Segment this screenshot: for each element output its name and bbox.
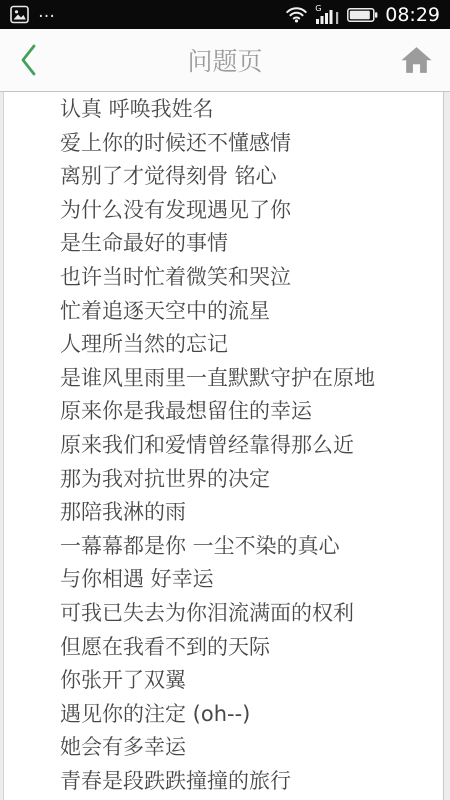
gallery-icon: [10, 5, 29, 24]
wifi-icon: [285, 6, 308, 23]
page-title: 问题页: [0, 42, 450, 78]
lyric-line: 你张开了双翼: [60, 664, 433, 698]
lyric-line: 是生命最好的事情: [60, 227, 433, 261]
lyric-line: 那陪我淋的雨: [60, 496, 433, 530]
lyric-line: 她会有多幸运: [60, 731, 433, 765]
lyric-line: 可我已失去为你泪流满面的权利: [60, 597, 433, 631]
lyric-line: 忙着追逐天空中的流星: [60, 295, 433, 329]
signal-bars-icon: G: [315, 6, 340, 24]
lyric-line: 离别了才觉得刻骨 铭心: [60, 160, 433, 194]
lyric-line: 也许当时忙着微笑和哭泣: [60, 261, 433, 295]
phone-screen: … G: [0, 0, 450, 800]
status-bar-left: …: [10, 5, 56, 24]
nav-bar: 问题页: [0, 29, 450, 92]
lyric-line: 青春是段跌跌撞撞的旅行: [60, 765, 433, 799]
ellipsis-icon: …: [38, 7, 56, 17]
lyric-line: 遇见你的注定 (oh--): [60, 698, 433, 732]
home-button[interactable]: [396, 42, 437, 78]
network-type-label: G: [315, 5, 321, 13]
status-bar: … G: [0, 0, 450, 29]
lyric-line: 那为我对抗世界的决定: [60, 463, 433, 497]
status-bar-right: G 08:29: [285, 4, 440, 26]
lyric-line: 与你相遇 好幸运: [60, 563, 433, 597]
lyric-line: 人理所当然的忘记: [60, 328, 433, 362]
clock-time: 08:29: [385, 4, 440, 26]
lyric-line: 一幕幕都是你 一尘不染的真心: [60, 530, 433, 564]
home-icon: [400, 46, 433, 74]
lyric-line: 但愿在我看不到的天际: [60, 631, 433, 665]
lyric-line: 为什么没有发现遇见了你: [60, 194, 433, 228]
chevron-left-icon: [17, 42, 41, 78]
back-button[interactable]: [13, 38, 45, 82]
lyric-line: 原来你是我最想留住的幸运: [60, 395, 433, 429]
lyric-line: 是谁风里雨里一直默默守护在原地: [60, 362, 433, 396]
lyric-line: 原来我们和爱情曾经靠得那么近: [60, 429, 433, 463]
content-area: 认真 呼唤我姓名 爱上你的时候还不懂感情 离别了才觉得刻骨 铭心 为什么没有发现…: [0, 92, 450, 800]
lyric-line: 爱上你的时候还不懂感情: [60, 127, 433, 161]
battery-icon: [347, 7, 378, 23]
lyrics-scroll-region[interactable]: 认真 呼唤我姓名 爱上你的时候还不懂感情 离别了才觉得刻骨 铭心 为什么没有发现…: [3, 92, 444, 800]
lyric-line: 认真 呼唤我姓名: [60, 93, 433, 127]
